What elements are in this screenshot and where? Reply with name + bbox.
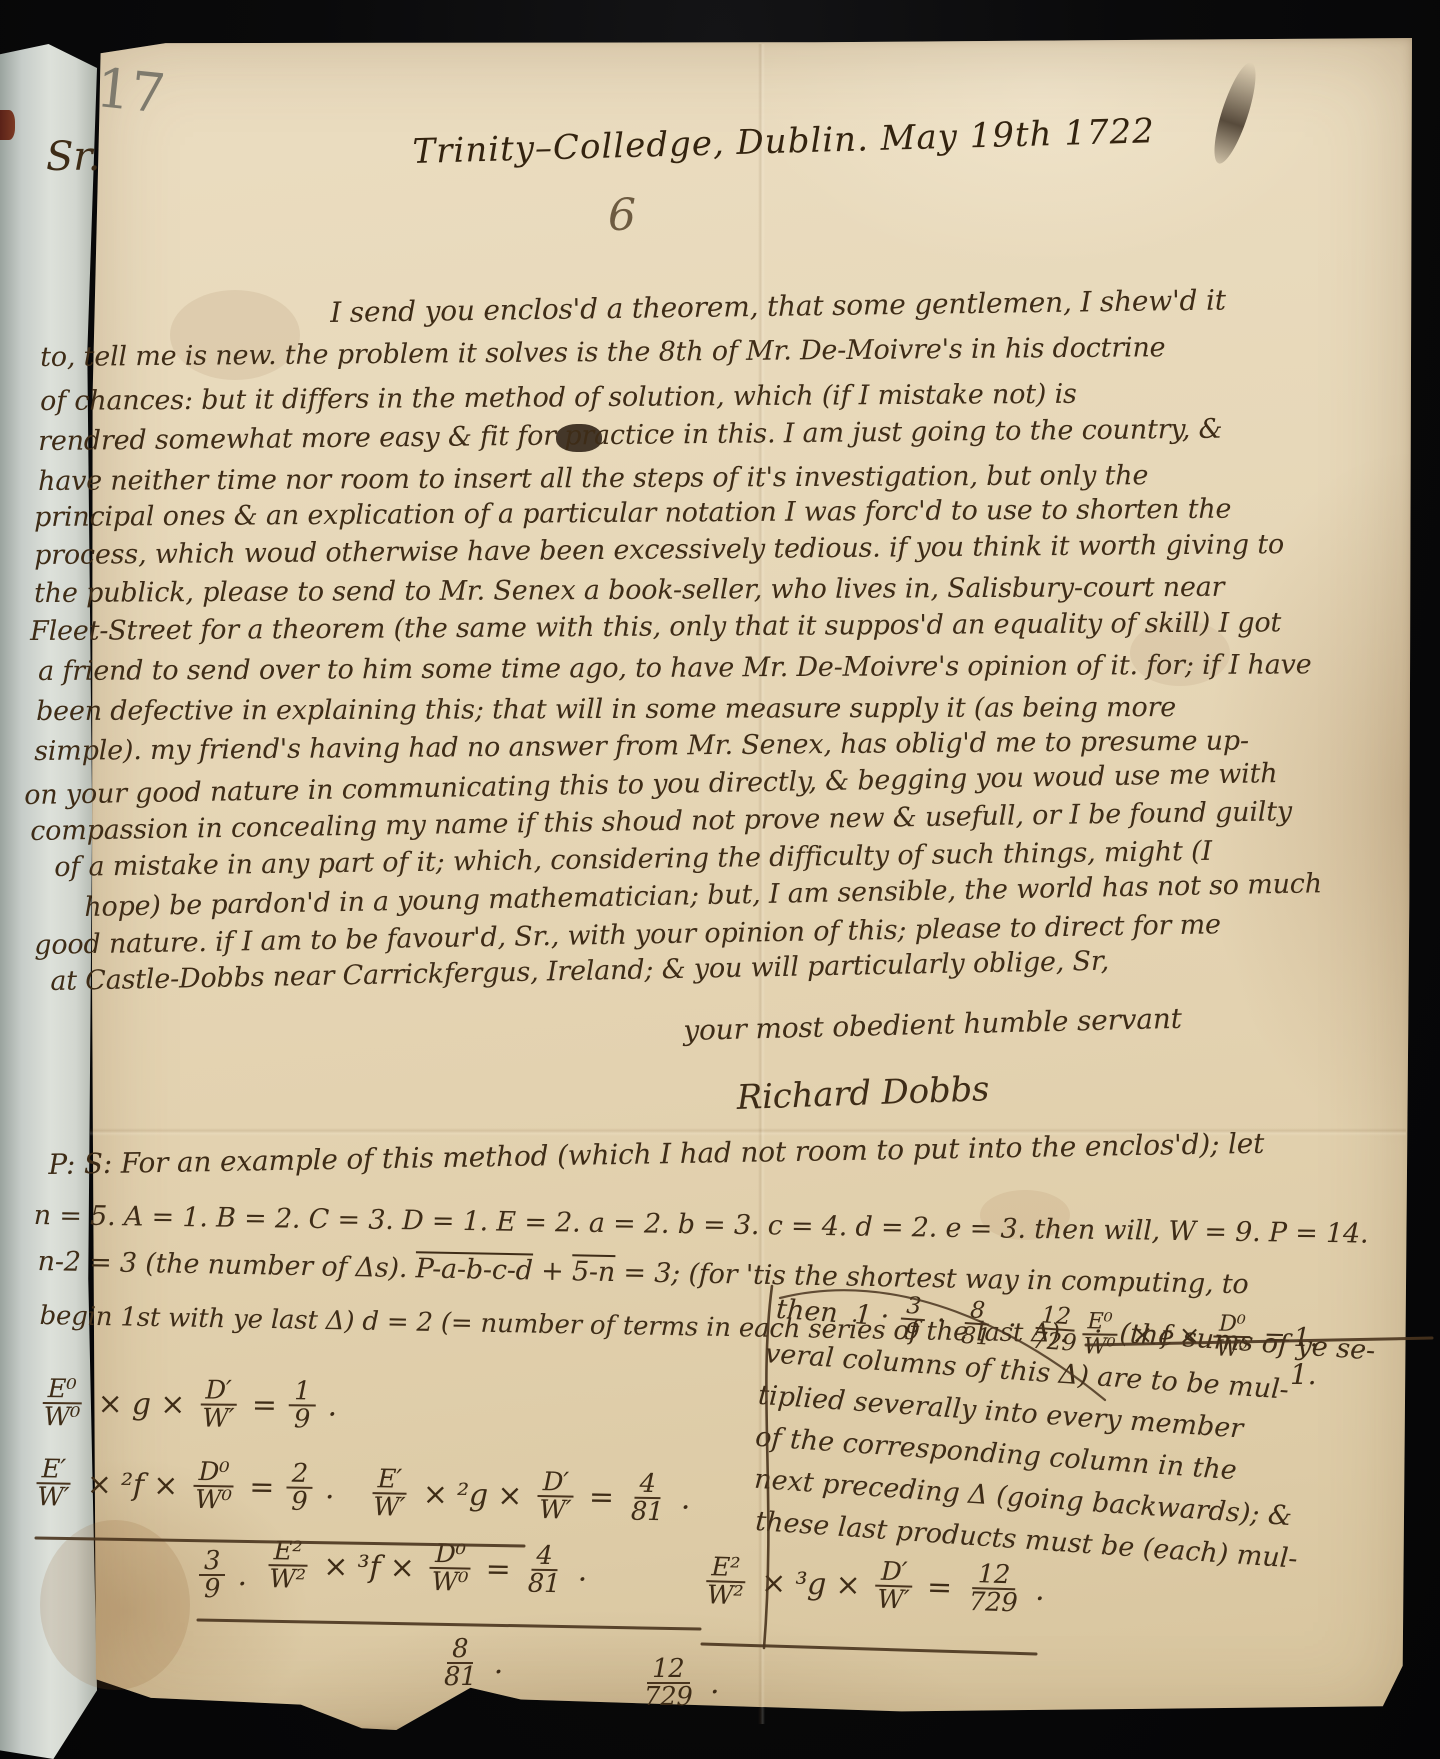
equation-text: .: [484, 1646, 503, 1681]
overlined-term: P-a-b-c-d: [415, 1253, 533, 1286]
equation-text: .: [671, 1481, 690, 1516]
equation-text: × g ×: [88, 1386, 195, 1422]
equation-text: =: [240, 1469, 284, 1505]
fraction: 12729: [964, 1561, 1024, 1617]
salutation: Sr.: [46, 134, 100, 180]
equation-text: .: [1025, 1572, 1045, 1607]
fraction: 481: [523, 1543, 566, 1598]
fraction: E′W′: [32, 1456, 75, 1511]
manuscript-scan: 17 Sr. Trinity–Colledge, Dublin. May 19t…: [0, 0, 1440, 1759]
fraction-term: 39 .: [196, 1548, 247, 1603]
fraction-term: 12729 .: [636, 1656, 719, 1711]
fraction: 19: [289, 1378, 316, 1433]
body-line: have neither time nor room to insert all…: [38, 460, 1148, 497]
fraction: D′W′: [872, 1559, 915, 1615]
equation: E⁰W⁰ × g × D′W′ = 19 .: [36, 1376, 338, 1433]
equation-text: .: [701, 1666, 720, 1701]
spine-leather-mark: [0, 110, 15, 140]
equation: E²W² × ³g × D′W′ = 12729 .: [699, 1554, 1046, 1618]
equation-text: × ³g ×: [751, 1565, 870, 1603]
equation-text: =: [579, 1480, 623, 1516]
equation: E′W′ × ²f × D⁰W⁰ = 29 .: [29, 1456, 335, 1516]
fraction: E²W²: [702, 1554, 750, 1610]
fraction: D′W′: [534, 1469, 577, 1524]
equation-text: then 1 ·: [775, 1289, 899, 1339]
fraction: 881: [955, 1297, 998, 1349]
fraction: D⁰W⁰: [426, 1541, 473, 1596]
equation-text: =: [242, 1388, 286, 1423]
equation-text: × ²f ×: [77, 1467, 188, 1504]
equation-text: .: [315, 1471, 334, 1506]
equation-text: +: [532, 1256, 572, 1288]
overlined-term: 5-n: [572, 1256, 616, 1288]
fraction: E′W′: [368, 1466, 411, 1521]
fraction: 39: [899, 1294, 927, 1345]
equation-text: .: [318, 1388, 337, 1423]
shelf-number: 6: [608, 190, 636, 241]
equation-text: × ³f ×: [314, 1549, 425, 1586]
fraction: E⁰W⁰: [39, 1376, 86, 1431]
equation-text: =: [476, 1552, 520, 1588]
fraction: D′W′: [197, 1377, 239, 1432]
body-line: the publick, please to send to Mr. Senex…: [34, 572, 1224, 609]
equation-text: ·: [927, 1299, 956, 1343]
marginal-note: then 1 · 39 · 881 · 12729 · (the sums of…: [748, 1284, 1377, 1585]
equation-text: =: [917, 1570, 962, 1606]
folio-number: 17: [93, 56, 168, 126]
body-line: been defective in explaining this; that …: [36, 692, 1176, 727]
fraction: D⁰W⁰: [190, 1459, 237, 1514]
fraction: 881: [439, 1636, 481, 1691]
fraction: 29: [286, 1460, 313, 1515]
equation-text: × ²g ×: [413, 1477, 532, 1514]
fraction: E²W²: [264, 1538, 311, 1593]
fraction: 12729: [1026, 1302, 1084, 1355]
fraction: 12729: [639, 1656, 698, 1711]
equation: E′W′ × ²g × D′W′ = 481 .: [365, 1466, 691, 1526]
equation-text: .: [568, 1553, 587, 1588]
fraction-term: 881 .: [436, 1636, 503, 1691]
equation-text: ·: [998, 1304, 1027, 1348]
equation-text: .: [228, 1558, 247, 1593]
fraction: 39: [199, 1548, 225, 1603]
equation: E²W² × ³f × D⁰W⁰ = 481 .: [261, 1538, 588, 1598]
fraction: 481: [626, 1471, 669, 1526]
